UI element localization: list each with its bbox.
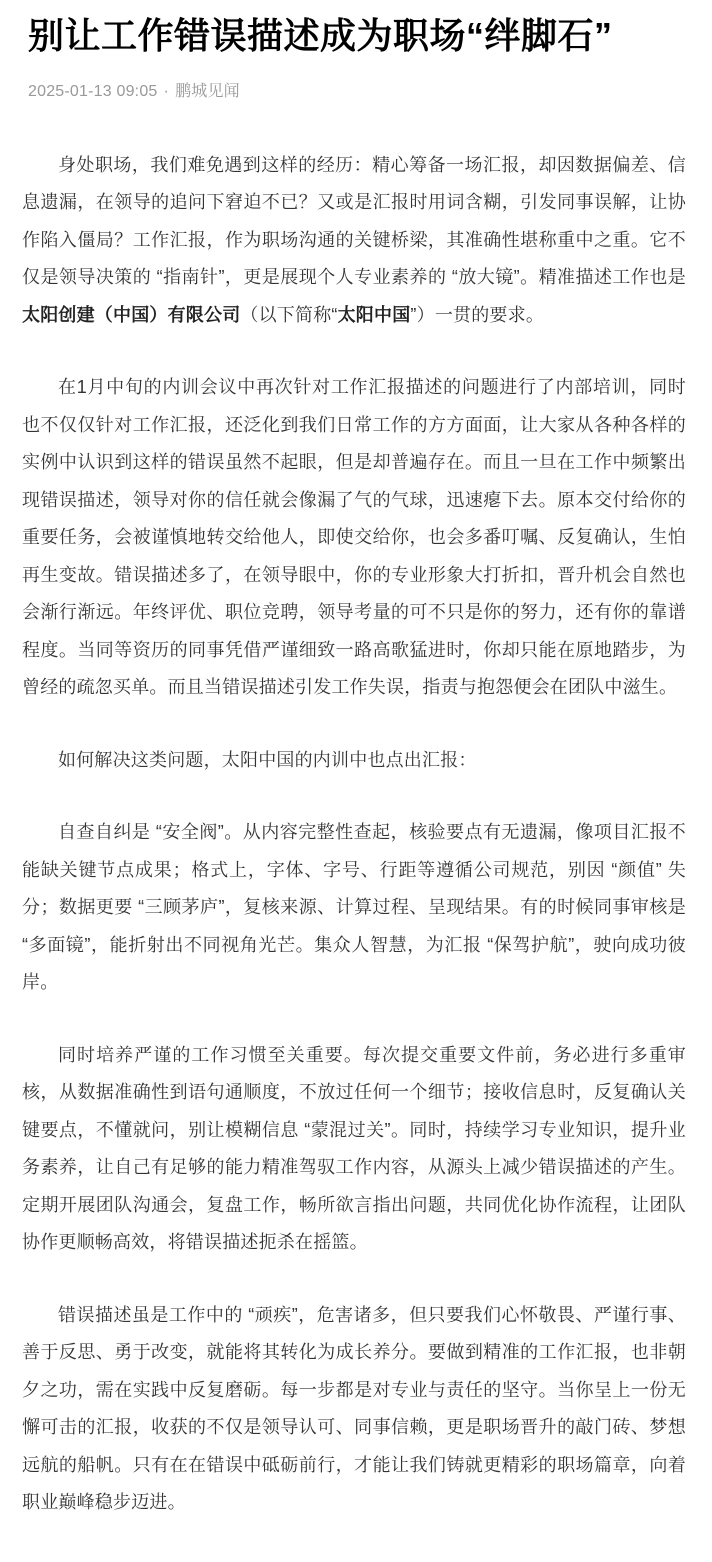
article-paragraph: 身处职场，我们难免遇到这样的经历：精心筹备一场汇报，却因数据偏差、信息遗漏，在领… bbox=[22, 147, 686, 335]
bold-text-segment: 太阳中国 bbox=[338, 305, 411, 325]
text-segment: 如何解决这类问题，太阳中国的内训中也点出汇报： bbox=[58, 750, 477, 770]
article-source: 鹏城见闻 bbox=[175, 83, 240, 100]
text-segment: 自查自纠是 “安全阀”。从内容完整性查起，核验要点有无遗漏，像项目汇报不能缺关键… bbox=[22, 822, 686, 992]
article-page: 别让工作错误描述成为职场“绊脚石” 2025-01-13 09:05·鹏城见闻 … bbox=[0, 0, 712, 1562]
article-paragraph: 如何解决这类问题，太阳中国的内训中也点出汇报： bbox=[22, 742, 686, 780]
text-segment: （以下简称“ bbox=[240, 305, 337, 325]
text-segment: 在1月中旬的内训会议中再次针对工作汇报描述的问题进行了内部培训，同时也不仅仅针对… bbox=[22, 377, 686, 697]
article-meta: 2025-01-13 09:05·鹏城见闻 bbox=[28, 78, 686, 101]
article-datetime: 2025-01-13 09:05 bbox=[28, 83, 158, 100]
text-segment: 同时培养严谨的工作习惯至关重要。每次提交重要文件前，务必进行多重审核，从数据准确… bbox=[22, 1045, 686, 1253]
text-segment: ”）一贯的要求。 bbox=[410, 305, 544, 325]
article-paragraph: 自查自纠是 “安全阀”。从内容完整性查起，核验要点有无遗漏，像项目汇报不能缺关键… bbox=[22, 814, 686, 1002]
article-title: 别让工作错误描述成为职场“绊脚石” bbox=[28, 12, 686, 60]
meta-separator: · bbox=[164, 83, 170, 100]
article-paragraph: 同时培养严谨的工作习惯至关重要。每次提交重要文件前，务必进行多重审核，从数据准确… bbox=[22, 1037, 686, 1262]
text-segment: 错误描述虽是工作中的 “顽疾”，危害诸多，但只要我们心怀敬畏、严谨行事、善于反思… bbox=[22, 1305, 686, 1513]
bold-text-segment: 太阳创建（中国）有限公司 bbox=[22, 305, 240, 325]
article-paragraph: 在1月中旬的内训会议中再次针对工作汇报描述的问题进行了内部培训，同时也不仅仅针对… bbox=[22, 369, 686, 707]
text-segment: 身处职场，我们难免遇到这样的经历：精心筹备一场汇报，却因数据偏差、信息遗漏，在领… bbox=[22, 155, 686, 288]
article-paragraph: 错误描述虽是工作中的 “顽疾”，危害诸多，但只要我们心怀敬畏、严谨行事、善于反思… bbox=[22, 1297, 686, 1522]
article-body: 身处职场，我们难免遇到这样的经历：精心筹备一场汇报，却因数据偏差、信息遗漏，在领… bbox=[22, 147, 686, 1522]
